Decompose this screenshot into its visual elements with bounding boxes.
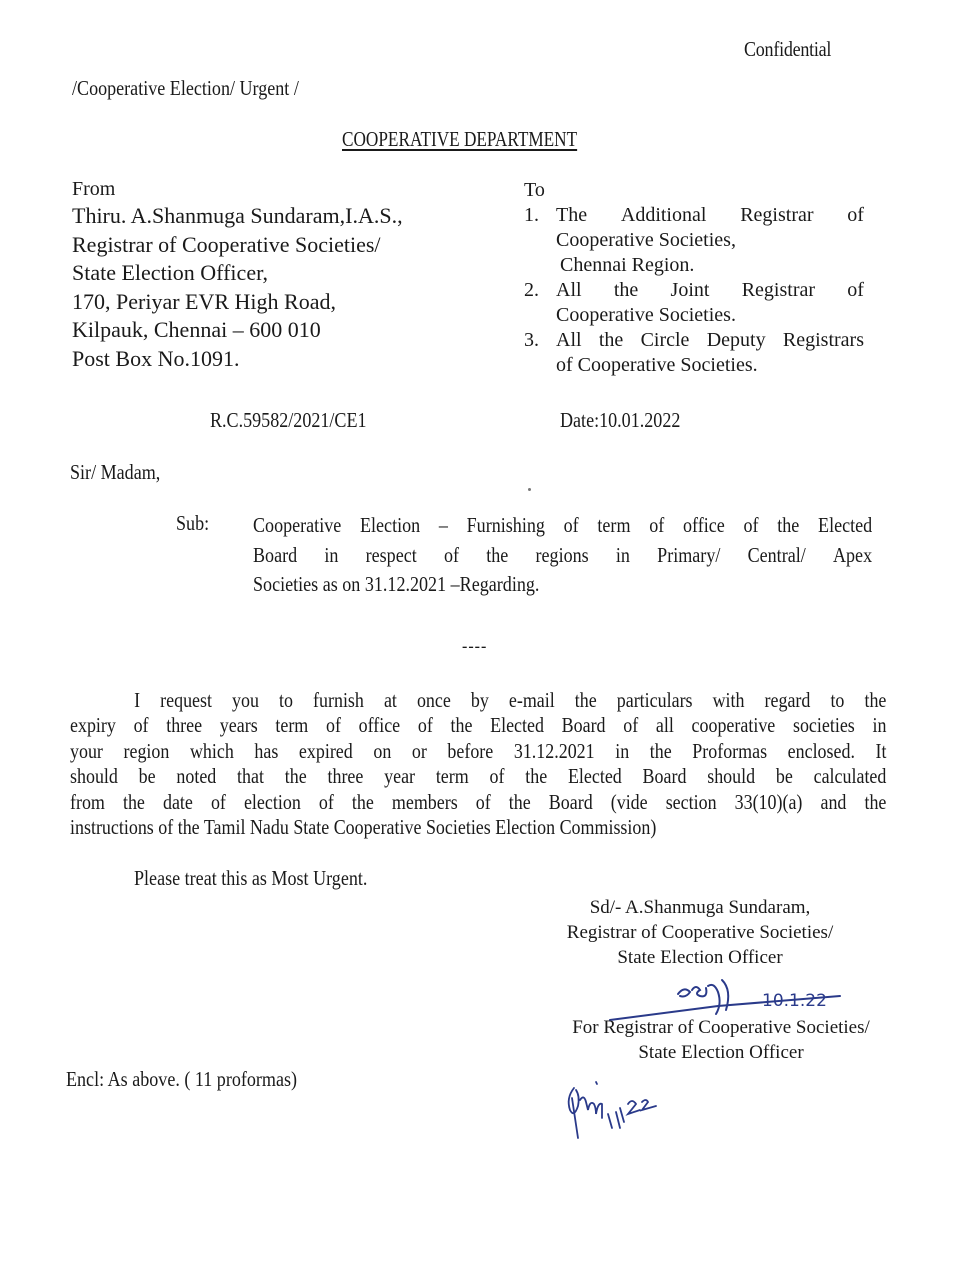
signature-block: Sd/- A.Shanmuga Sundaram, Registrar of C… bbox=[540, 895, 860, 970]
tag-line: /Cooperative Election/ Urgent / bbox=[72, 76, 299, 101]
recipient-number: 1. bbox=[524, 203, 556, 278]
recipient-item: 3. All the Circle Deputy Registrars of C… bbox=[524, 328, 864, 378]
recipient-number: 3. bbox=[524, 328, 556, 378]
recipient-number: 2. bbox=[524, 278, 556, 328]
subject-label: Sub: bbox=[176, 511, 209, 536]
department-heading: COOPERATIVE DEPARTMENT bbox=[342, 127, 577, 152]
from-line: 170, Periyar EVR High Road, bbox=[72, 288, 403, 317]
subject-text: CooperativeElection–Furnishingoftermofof… bbox=[253, 511, 872, 600]
svg-text:10.1.22: 10.1.22 bbox=[762, 991, 827, 1011]
to-address-block: To 1. The Additional Registrar of Cooper… bbox=[524, 178, 864, 378]
from-address-block: From Thiru. A.Shanmuga Sundaram,I.A.S., … bbox=[72, 176, 403, 374]
from-line: Registrar of Cooperative Societies/ bbox=[72, 231, 403, 260]
from-line: Kilpauk, Chennai – 600 010 bbox=[72, 316, 403, 345]
salutation: Sir/ Madam, bbox=[70, 460, 160, 485]
for-registrar-title: State Election Officer bbox=[540, 1040, 902, 1065]
from-line: State Election Officer, bbox=[72, 259, 403, 288]
recipient-item: 1. The Additional Registrar of Cooperati… bbox=[524, 203, 864, 278]
signatory-line: Sd/- A.Shanmuga Sundaram, bbox=[540, 895, 860, 920]
for-registrar-line: For Registrar of Cooperative Societies/ bbox=[540, 1015, 902, 1040]
separator: ---- bbox=[462, 638, 487, 656]
urgent-note: Please treat this as Most Urgent. bbox=[134, 866, 367, 891]
subject-line: Societies as on 31.12.2021 –Regarding. bbox=[253, 570, 872, 600]
signatory-title: State Election Officer bbox=[540, 945, 860, 970]
scan-speck bbox=[528, 488, 531, 491]
body-line: fromthedateofelectionofthemembersoftheBo… bbox=[70, 790, 887, 815]
reference-number: R.C.59582/2021/CE1 bbox=[210, 408, 367, 433]
for-registrar-block: For Registrar of Cooperative Societies/ … bbox=[540, 1015, 902, 1065]
from-line: Thiru. A.Shanmuga Sundaram,I.A.S., bbox=[72, 202, 403, 231]
body-line: yourregionwhichhasexpiredonorbefore31.12… bbox=[70, 739, 887, 764]
body-paragraph: Irequestyoutofurnishatoncebye-mailthepar… bbox=[70, 688, 887, 840]
subject-line: BoardinrespectoftheregionsinPrimary/Cent… bbox=[253, 541, 872, 571]
from-label: From bbox=[72, 176, 403, 202]
enclosure-note: Encl: As above. ( 11 proformas) bbox=[66, 1067, 297, 1092]
initials-signature-icon bbox=[560, 1078, 680, 1148]
recipient-item: 2. All the Joint Registrar of Cooperativ… bbox=[524, 278, 864, 328]
signatory-title: Registrar of Cooperative Societies/ bbox=[540, 920, 860, 945]
to-label: To bbox=[524, 178, 864, 203]
classification-label: Confidential bbox=[744, 37, 831, 62]
body-line: Irequestyoutofurnishatoncebye-mailthepar… bbox=[70, 688, 887, 713]
from-line: Post Box No.1091. bbox=[72, 345, 403, 374]
body-line: shouldbenotedthatthethreeyeartermoftheEl… bbox=[70, 764, 887, 789]
letter-date: Date:10.01.2022 bbox=[560, 408, 680, 433]
subject-line: CooperativeElection–Furnishingoftermofof… bbox=[253, 511, 872, 541]
body-line: expiryofthreeyearstermofofficeoftheElect… bbox=[70, 713, 887, 738]
body-line: instructions of the Tamil Nadu State Coo… bbox=[70, 815, 887, 840]
